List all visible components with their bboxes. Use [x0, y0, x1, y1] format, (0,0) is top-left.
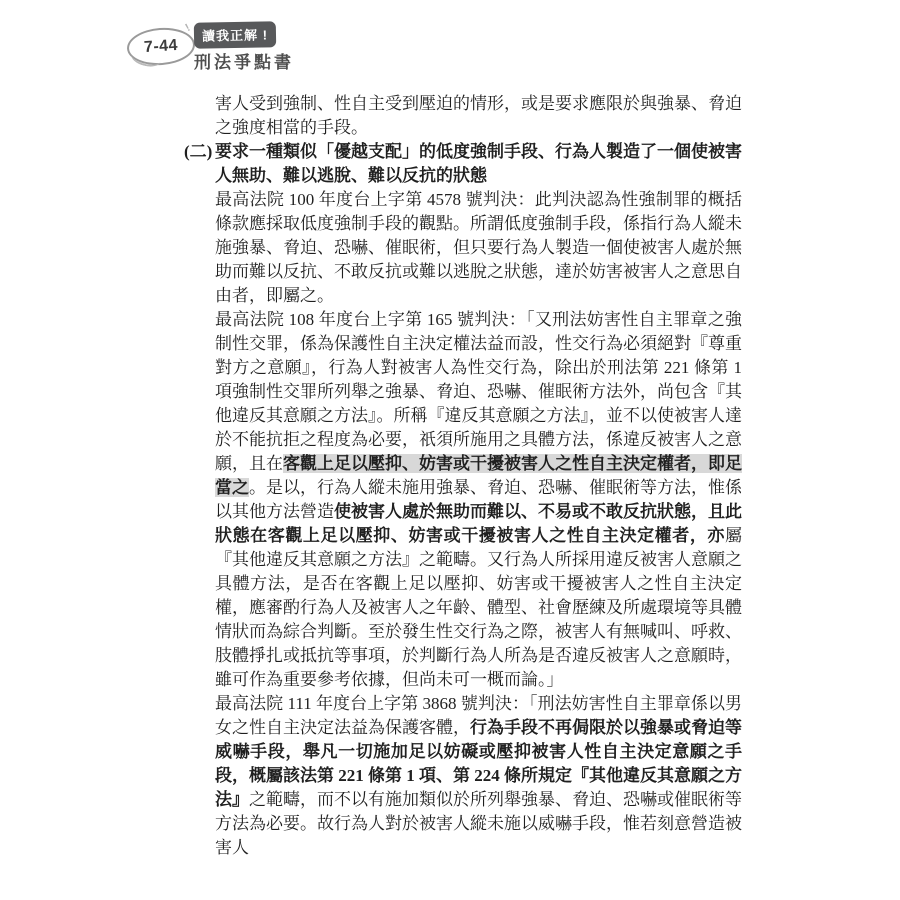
book-title: 刑法爭點書 [194, 48, 294, 73]
text-block: 害人受到強制、性自主受到壓迫的情形，或是要求應限於與強暴、脅迫之強度相當的手段。… [215, 92, 742, 860]
book-page: 7-44 ! 讀我正解 ! 刑法爭點書 害人受到強制、性自主受到壓迫的情形，或是… [0, 0, 900, 900]
text-segment: 之範疇，而不以有施加類似於所列舉強暴、脅迫、恐嚇或催眠術等方法為必要。故行為人對… [215, 790, 742, 857]
section-marker: (二) [184, 140, 212, 164]
page-header: 7-44 ! 讀我正解 ! 刑法爭點書 [0, 0, 900, 90]
readme-badge: 讀我正解 ! [194, 21, 276, 48]
paragraph: 害人受到強制、性自主受到壓迫的情形，或是要求應限於與強暴、脅迫之強度相當的手段。 [215, 92, 742, 140]
text-segment: 最高法院 100 年度台上字第 4578 號判決：此判決認為性強制罪的概括條款應… [215, 190, 742, 305]
section-heading: (二)要求一種類似「優越支配」的低度強制手段、行為人製造了一個使被害人無助、難以… [215, 140, 742, 188]
text-segment-bold: 要求一種類似「優越支配」的低度強制手段、行為人製造了一個使被害人無助、難以逃脫、… [215, 142, 742, 185]
paragraph: 最高法院 108 年度台上字第 165 號判決：「又刑法妨害性自主罪章之強制性交… [215, 308, 742, 692]
paragraph: 最高法院 100 年度台上字第 4578 號判決：此判決認為性強制罪的概括條款應… [215, 188, 742, 308]
text-segment: 害人受到強制、性自主受到壓迫的情形，或是要求應限於與強暴、脅迫之強度相當的手段。 [215, 94, 742, 137]
text-segment: 屬『其他違反其意願之方法』之範疇。又行為人所採用違反被害人意願之具體方法，是否在… [215, 526, 742, 689]
paragraph: 最高法院 111 年度台上字第 3868 號判決：「刑法妨害性自主罪章係以男女之… [215, 692, 742, 860]
text-segment: 最高法院 108 年度台上字第 165 號判決：「又刑法妨害性自主罪章之強制性交… [215, 310, 742, 473]
